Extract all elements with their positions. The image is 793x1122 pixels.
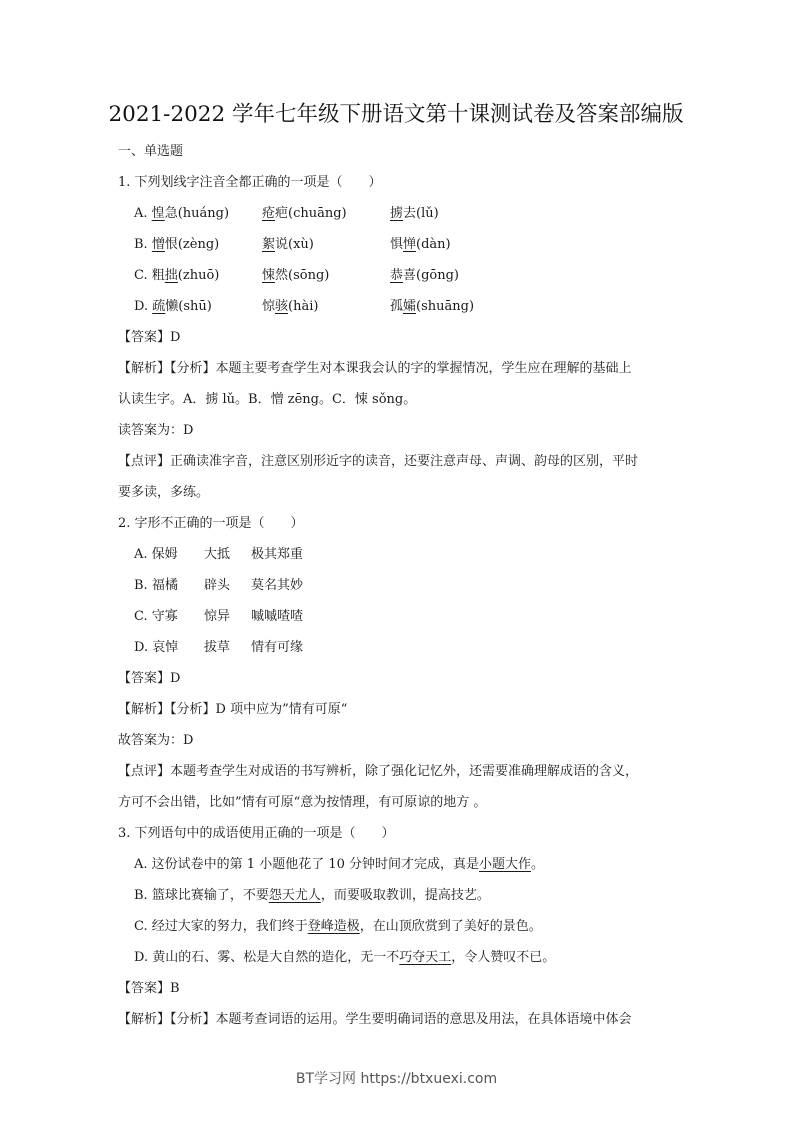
question-2-analysis: 【解析】【分析】D 项中应为”情有可原“ (118, 694, 674, 725)
question-2-answer: 【答案】D (118, 663, 674, 694)
question-2-conclusion: 故答案为：D (118, 725, 674, 756)
question-1-answer: 【答案】D (118, 322, 674, 353)
question-2-comment-cont: 方可不会出错，比如”情有可原“意为按情理，有可原谅的地方 。 (118, 787, 674, 818)
question-3-answer: 【答案】B (118, 973, 674, 1004)
question-2-comment: 【点评】本题考查学生对成语的书写辨析，除了强化记忆外，还需要准确理解成语的含义， (118, 756, 674, 787)
question-3-option-c: C. 经过大家的努力，我们终于登峰造极，在山顶欣赏到了美好的景色。 (118, 911, 674, 942)
question-3-option-d: D. 黄山的石、雾、松是大自然的造化，无一不巧夺天工，令人赞叹不已。 (118, 942, 674, 973)
question-2-option-b: B. 福橘 辟头 莫名其妙 (118, 570, 674, 601)
question-2-option-c: C. 守寡 惊异 嘁嘁喳喳 (118, 601, 674, 632)
question-1-comment-cont: 要多读，多练。 (118, 477, 674, 508)
question-3-analysis: 【解析】【分析】本题考查词语的运用。学生要明确词语的意思及用法，在具体语境中体会 (118, 1004, 674, 1035)
question-1-comment: 【点评】正确读准字音，注意区别形近字的读音，还要注意声母、声调、韵母的区别，平时 (118, 446, 674, 477)
section-heading: 一、单选题 (118, 136, 674, 167)
question-1-option-d: D. 疏懒(shū) 惊骇(hài) 孤孀(shuāng) (118, 291, 674, 322)
question-3-option-b: B. 篮球比赛输了，不要怨天尤人，而要吸取教训，提高技艺。 (118, 880, 674, 911)
question-1-analysis-cont: 认读生字。A．掳 lǔ。B．憎 zēng。C．悚 sǒng。 (118, 384, 674, 415)
question-3-option-a: A. 这份试卷中的第 1 小题他花了 10 分钟时间才完成，真是小题大作。 (118, 849, 674, 880)
document-page: 2021-2022 学年七年级下册语文第十课测试卷及答案部编版 一、单选题 1.… (118, 100, 674, 1035)
document-title: 2021-2022 学年七年级下册语文第十课测试卷及答案部编版 (106, 100, 686, 130)
question-1-option-c: C. 粗拙(zhuō) 悚然(sōng) 恭喜(gōng) (118, 260, 674, 291)
question-1-option-b: B. 憎恨(zèng) 絮说(xù) 惧惮(dàn) (118, 229, 674, 260)
question-2-option-d: D. 哀悼 拔草 情有可缘 (118, 632, 674, 663)
footer-watermark: BT学习网 https://btxuexi.com (0, 1068, 793, 1088)
question-2-option-a: A. 保姆 大抵 极其郑重 (118, 539, 674, 570)
question-1-option-a: A. 惶急(huáng) 疮疤(chuāng) 掳去(lǔ) (118, 198, 674, 229)
question-1-stem: 1. 下列划线字注音全都正确的一项是（ ） (118, 167, 674, 198)
question-3-stem: 3. 下列语句中的成语使用正确的一项是（ ） (118, 818, 674, 849)
question-1-conclusion: 读答案为：D (118, 415, 674, 446)
question-1-analysis: 【解析】【分析】本题主要考查学生对本课我会认的字的掌握情况，学生应在理解的基础上 (118, 353, 674, 384)
question-2-stem: 2. 字形不正确的一项是（ ） (118, 508, 674, 539)
